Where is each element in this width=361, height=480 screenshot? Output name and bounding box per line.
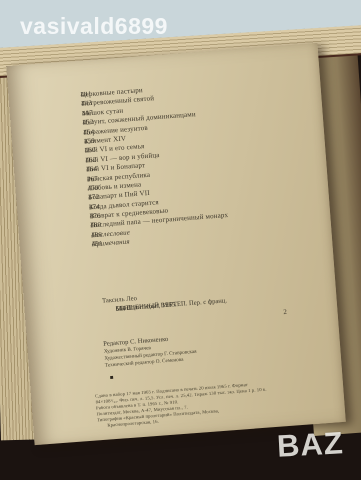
signature-mark: 2 [283, 308, 287, 316]
seller-watermark: vasivald6899 [20, 13, 168, 40]
table-of-contents: Церковные пастыри441Потревоженный святой… [80, 75, 297, 250]
toc-entry-page: 491 [92, 240, 104, 250]
bibliographic-block: Таксиль Лео СВЯЩЕННЫЙ ВЕРТЕП. Пер. с фра… [102, 283, 303, 315]
marketplace-watermark: BAZ [276, 425, 345, 464]
book-listing-photo: Церковные пастыри441Потревоженный святой… [0, 0, 361, 480]
colophon-fine-print: Сдано в набор 17 мая 1965 г. Подписано в… [95, 378, 313, 430]
credits-block: Редактор С. НиконенкоХудожник В. Горячев… [103, 325, 295, 369]
printer-square-mark: ■ [110, 375, 114, 381]
open-book-page: Церковные пастыри441Потревоженный святой… [6, 43, 346, 445]
